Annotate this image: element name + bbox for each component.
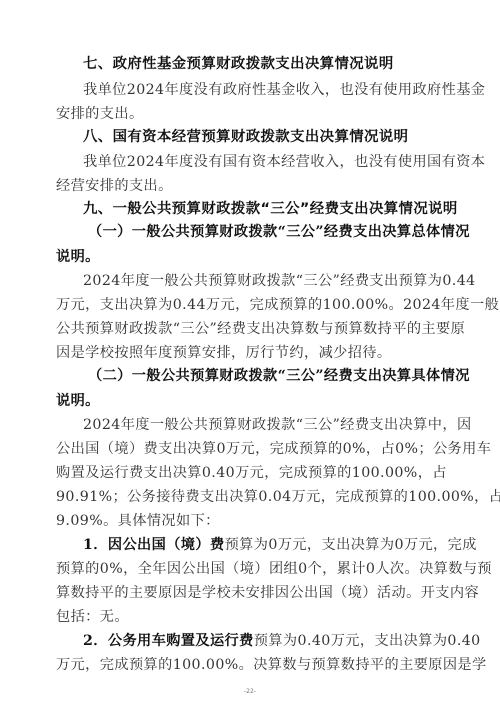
subsection-1-heading-cont: 说明。 (56, 247, 100, 267)
subsection-2-heading-cont: 说明。 (56, 391, 100, 411)
section-7-body-line: 安排的支出。 (56, 104, 144, 124)
subsection-2-heading: （二）一般公共预算财政拨款“三公”经费支出决算具体情况 (88, 366, 446, 386)
item-2-body-line: 万元，完成预算的100.00%。决算数与预算数持平的主要原因是学 (56, 655, 446, 675)
subsection-2-body-line: 公出国（境）费支出决算0万元，完成预算的0%，占0%；公务用车 (56, 439, 446, 459)
item-1-body-line: 算数持平的主要原因是学校未安排因公出国（境）活动。开支内容 (56, 583, 446, 603)
subsection-2-body-line: 2024年度一般公共预算财政拨款“三公”经费支出决算中，因 (83, 415, 446, 435)
section-9-heading: 九、一般公共预算财政拨款“三公”经费支出决算情况说明 (83, 199, 458, 219)
subsection-1-heading: （一）一般公共预算财政拨款“三公”经费支出决算总体情况 (88, 222, 446, 242)
item-1-body-line: 预算的0%，全年因公出国（境）团组0个，累计0人次。决算数与预 (56, 559, 446, 579)
section-7-heading: 七、政府性基金预算财政拨款支出决算情况说明 (83, 54, 394, 74)
item-1-label: 1．因公出国（境）费 (83, 537, 225, 553)
subsection-2-body-line: 9.09%。具体情况如下： (56, 511, 220, 531)
subsection-1-body-line: 2024年度一般公共预算财政拨款“三公”经费支出预算为0.44 (83, 271, 446, 291)
section-7-body-line: 我单位2024年度没有政府性基金收入，也没有使用政府性基金 (83, 80, 446, 100)
item-1-text: 预算为0万元，支出决算为0万元，完成 (225, 537, 477, 553)
item-2-text: 预算为0.40万元，支出决算为0.40 (254, 633, 481, 649)
subsection-1-body-line: 公共预算财政拨款“三公”经费支出决算数与预算数持平的主要原 (56, 319, 446, 339)
subsection-1-body-line: 万元，支出决算为0.44万元，完成预算的100.00%。2024年度一般 (56, 295, 446, 315)
subsection-2-body-line: 购置及运行费支出决算0.40万元，完成预算的100.00%，占 (56, 463, 446, 483)
subsection-2-body-line: 90.91%；公务接待费支出决算0.04万元，完成预算的100.00%，占 (56, 487, 446, 507)
section-8-heading: 八、国有资本经营预算财政拨款支出决算情况说明 (83, 127, 408, 147)
subsection-1-body-line: 因是学校按照年度预算安排，厉行节约，减少招待。 (56, 343, 392, 363)
page-number: -22- (244, 688, 256, 695)
item-2-label: 2．公务用车购置及运行费 (83, 633, 254, 649)
item-1-first-line: 1．因公出国（境）费预算为0万元，支出决算为0万元，完成 (83, 535, 446, 555)
section-8-body-line: 我单位2024年度没有国有资本经营收入，也没有使用国有资本 (83, 152, 446, 172)
item-2-first-line: 2．公务用车购置及运行费预算为0.40万元，支出决算为0.40 (83, 631, 446, 651)
section-8-body-line: 经营安排的支出。 (56, 176, 173, 196)
item-1-body-line: 包括：无。 (56, 607, 129, 627)
